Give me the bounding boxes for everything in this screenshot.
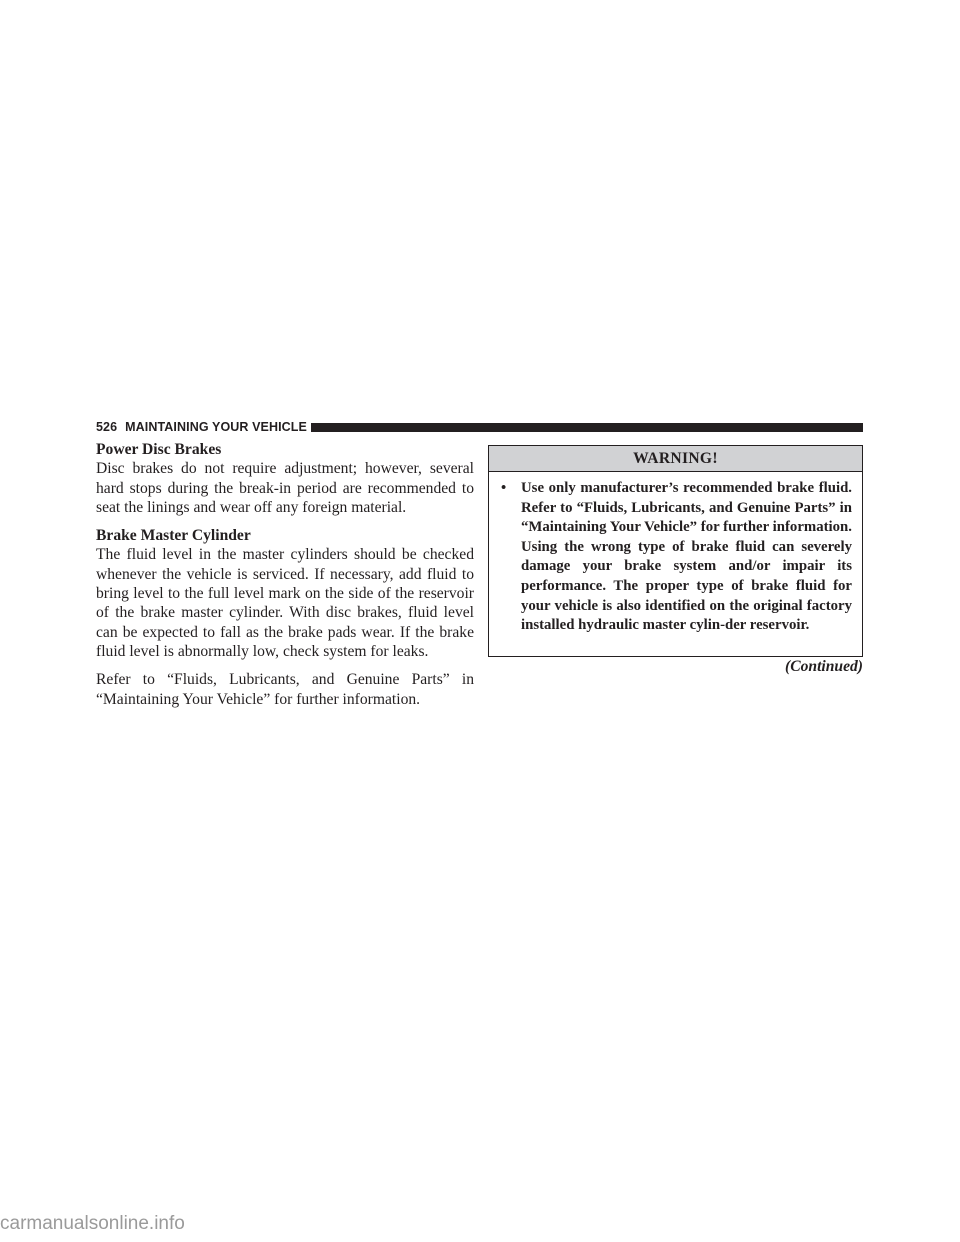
paragraph-refer: Refer to “Fluids, Lubricants, and Genuin… bbox=[96, 670, 474, 709]
heading-brake-master-cylinder: Brake Master Cylinder bbox=[96, 526, 474, 545]
left-column: Power Disc Brakes Disc brakes do not req… bbox=[96, 440, 474, 709]
continued-label: (Continued) bbox=[700, 658, 863, 676]
bullet-icon: • bbox=[501, 479, 521, 636]
warning-text: Use only manufacturer’s recommended brak… bbox=[521, 479, 852, 636]
page-number: 526 bbox=[96, 420, 117, 434]
page-header: 526 MAINTAINING YOUR VEHICLE bbox=[96, 419, 863, 435]
paragraph-power-disc-brakes: Disc brakes do not require adjustment; h… bbox=[96, 459, 474, 517]
paragraph-master-cylinder: The fluid level in the master cylinders … bbox=[96, 545, 474, 661]
warning-box: WARNING! • Use only manufacturer’s recom… bbox=[488, 445, 863, 657]
section-title: MAINTAINING YOUR VEHICLE bbox=[125, 420, 307, 434]
warning-item: • Use only manufacturer’s recommended br… bbox=[489, 472, 862, 636]
heading-power-disc-brakes: Power Disc Brakes bbox=[96, 440, 474, 459]
watermark-text: carmanualsonline.info bbox=[0, 1213, 512, 1235]
warning-title: WARNING! bbox=[489, 446, 862, 472]
header-rule bbox=[311, 423, 863, 432]
